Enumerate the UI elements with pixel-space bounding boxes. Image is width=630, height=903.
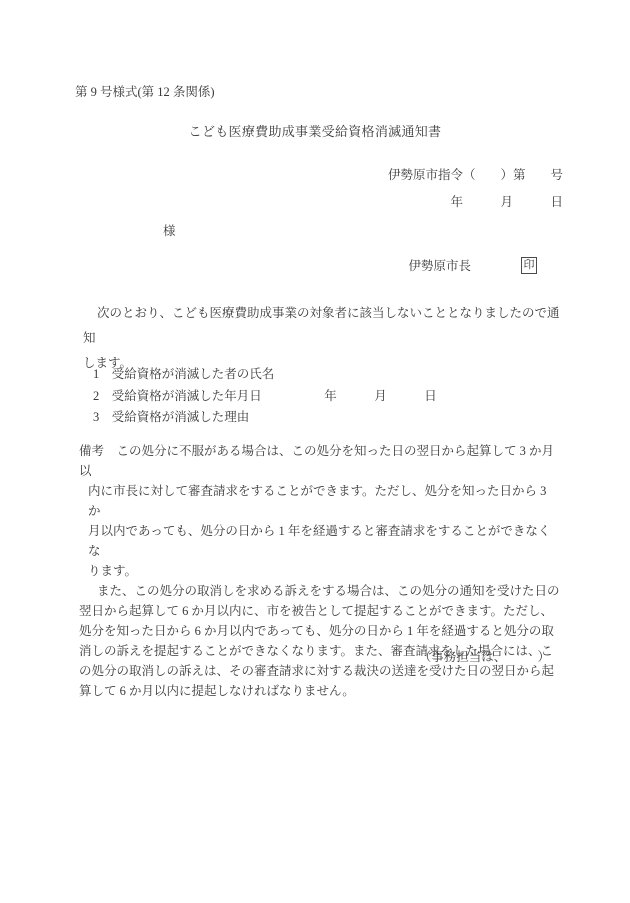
- official-seal: 印: [521, 257, 537, 274]
- notice-body-line: 次のとおり、こども医療費助成事業の対象者に該当しないこととなりましたので通知: [83, 301, 561, 351]
- issuer-line: 伊勢原市長 印: [408, 256, 537, 274]
- list-item-name: 1 受給資格が消滅した者の氏名: [93, 364, 437, 386]
- item-list: 1 受給資格が消滅した者の氏名 2 受給資格が消滅した年月日 年 月 日 3 受…: [93, 364, 437, 429]
- remarks-line: 月以内であっても、処分の日から 1 年を経過すると審査請求をすることができなくな: [88, 521, 561, 561]
- list-item-reason: 3 受給資格が消滅した理由: [93, 407, 437, 429]
- remarks-line: 処分を知った日から 6 か月以内であっても、処分の日から 1 年を経過すると処分…: [79, 621, 561, 641]
- list-item-date: 2 受給資格が消滅した年月日 年 月 日: [93, 386, 437, 408]
- remarks-line: 内に市長に対して審査請求をすることができます。ただし、処分を知った日から 3 か: [88, 481, 561, 521]
- remarks-line: 備考 この処分に不服がある場合は、この処分を知った日の翌日から起算して 3 か月…: [79, 441, 561, 481]
- directive-block: 伊勢原市指令（ ）第 号 年 月 日: [388, 162, 563, 216]
- remarks-line: 翌日から起算して 6 か月以内に、市を被告として提起することができます。ただし、: [79, 601, 561, 621]
- form-number: 第 9 号様式(第 12 条関係): [75, 82, 215, 100]
- directive-number: 伊勢原市指令（ ）第 号: [388, 162, 563, 189]
- clerk-note: （事務担当は、 ）: [419, 647, 550, 665]
- document-page: 第 9 号様式(第 12 条関係) こども医療費助成事業受給資格消滅通知書 伊勢…: [0, 0, 630, 903]
- remarks-line: ります。: [88, 561, 561, 581]
- remarks-line: 算して 6 か月以内に提起しなければなりません。: [79, 681, 561, 701]
- remarks-line: また、この処分の取消しを求める訴えをする場合は、この処分の通知を受けた日の: [97, 581, 561, 601]
- directive-date: 年 月 日: [388, 189, 563, 216]
- document-title: こども医療費助成事業受給資格消滅通知書: [0, 121, 630, 140]
- issuer-name: 伊勢原市長: [408, 256, 471, 274]
- addressee-suffix: 様: [163, 221, 176, 239]
